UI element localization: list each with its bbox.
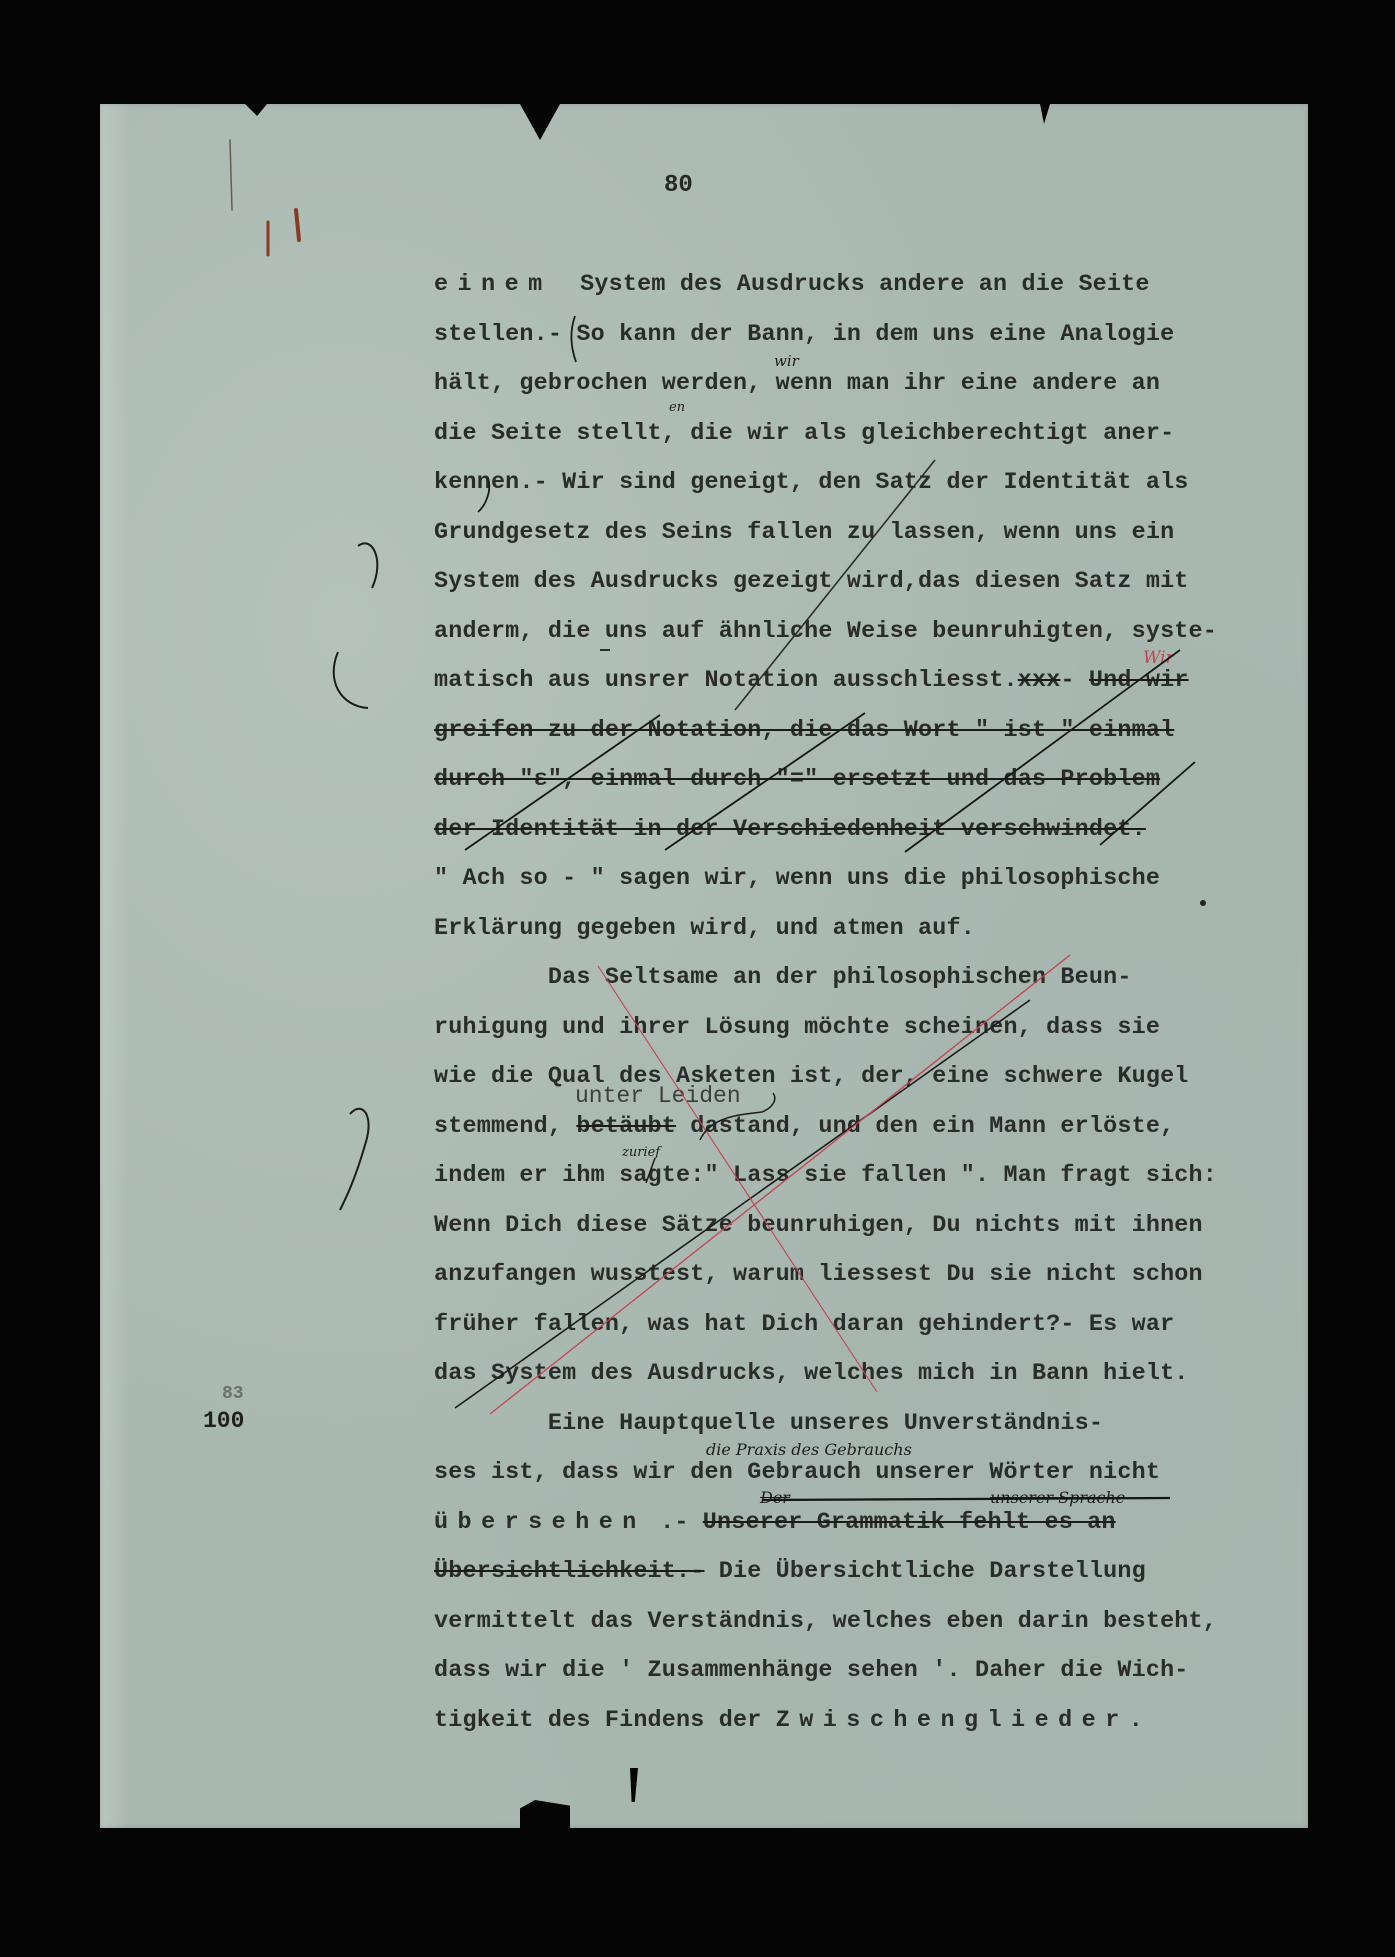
text-segment: das System des Ausdrucks, welches mich i…: [434, 1361, 1189, 1387]
text-line: stemmend, betäubt dastand, und den ein M…: [434, 1112, 1174, 1142]
text-line: das System des Ausdrucks, welches mich i…: [434, 1359, 1189, 1389]
struck-text: Unserer Grammatik fehlt es an: [703, 1510, 1116, 1536]
handwritten-insert-wir: wir: [774, 352, 799, 370]
text-segment: tigkeit des Findens der: [434, 1708, 776, 1734]
text-segment: übersehen: [434, 1510, 646, 1536]
text-segment: anderm, die uns auf ähnliche Weise beunr…: [434, 619, 1217, 645]
text-line: greifen zu der Notation, die das Wort " …: [434, 716, 1174, 746]
text-segment: ses ist, dass wir den Gebrauch unserer W…: [434, 1460, 1160, 1486]
text-segment: " Ach so - " sagen wir, wenn uns die phi…: [434, 866, 1160, 892]
text-segment: kennen.- Wir sind geneigt, den Satz der …: [434, 470, 1189, 496]
text-line: kennen.- Wir sind geneigt, den Satz der …: [434, 468, 1189, 498]
text-line: Wenn Dich diese Sätze beunruhigen, Du ni…: [434, 1211, 1203, 1241]
text-line: vermittelt das Verständnis, welches eben…: [434, 1607, 1217, 1637]
text-segment: Erklärung gegeben wird, und atmen auf.: [434, 916, 975, 942]
text-segment: Eine Hauptquelle unseres Unverständnis-: [434, 1411, 1103, 1437]
text-line: matisch aus unsrer Notation ausschliesst…: [434, 666, 1189, 696]
text-segment: dastand, und den ein Mann erlöste,: [676, 1114, 1174, 1140]
handwritten-insert-sprache: unserer Sprache: [990, 1488, 1125, 1507]
text-line: tigkeit des Findens der Zwischenglieder.: [434, 1706, 1143, 1736]
text-line: Eine Hauptquelle unseres Unverständnis-: [434, 1409, 1103, 1439]
text-segment: indem er ihm sagte:" Lass sie fallen ". …: [434, 1163, 1217, 1189]
text-line: Das Seltsame an der philosophischen Beun…: [434, 963, 1132, 993]
text-line: indem er ihm sagte:" Lass sie fallen ". …: [434, 1161, 1217, 1191]
text-line: die Seite stellt, die wir als gleichbere…: [434, 419, 1174, 449]
text-line: stellen.- So kann der Bann, in dem uns e…: [434, 320, 1174, 350]
struck-text: xxx: [1018, 668, 1061, 694]
struck-text: greifen zu der Notation, die das Wort " …: [434, 718, 1174, 744]
text-segment: wie die Qual des Asketen ist, der, eine …: [434, 1064, 1189, 1090]
text-line: " Ach so - " sagen wir, wenn uns die phi…: [434, 864, 1160, 894]
text-line: durch "ε", einmal durch "=" ersetzt und …: [434, 765, 1160, 795]
text-segment: ruhigung und ihrer Lösung möchte scheine…: [434, 1015, 1160, 1041]
text-segment: System des Ausdrucks gezeigt wird,das di…: [434, 569, 1189, 595]
struck-text: Übersichtlichkeit.-: [434, 1559, 705, 1585]
page-number: 80: [664, 172, 693, 199]
text-line: anzufangen wusstest, warum liessest Du s…: [434, 1260, 1203, 1290]
text-segment: früher fallen, was hat Dich daran gehind…: [434, 1312, 1174, 1338]
text-line: wie die Qual des Asketen ist, der, eine …: [434, 1062, 1189, 1092]
text-segment: .: [1129, 1708, 1143, 1734]
handwritten-insert-en: en: [669, 400, 685, 415]
text-segment: vermittelt das Verständnis, welches eben…: [434, 1609, 1217, 1635]
text-line: einem System des Ausdrucks andere an die…: [434, 270, 1150, 300]
text-segment: die Seite stellt, die wir als gleichbere…: [434, 421, 1174, 447]
text-segment: Das Seltsame an der philosophischen Beun…: [434, 965, 1132, 991]
text-line: Erklärung gegeben wird, und atmen auf.: [434, 914, 975, 944]
text-line: früher fallen, was hat Dich daran gehind…: [434, 1310, 1174, 1340]
text-line: dass wir die ' Zusammenhänge sehen '. Da…: [434, 1656, 1189, 1686]
text-line: anderm, die uns auf ähnliche Weise beunr…: [434, 617, 1217, 647]
text-segment: Wenn Dich diese Sätze beunruhigen, Du ni…: [434, 1213, 1203, 1239]
handwritten-insert-der: Der: [760, 1488, 790, 1507]
text-segment: stellen.- So kann der Bann, in dem uns e…: [434, 322, 1174, 348]
struck-text: durch "ε", einmal durch "=" ersetzt und …: [434, 767, 1160, 793]
text-segment: matisch aus unsrer Notation ausschliesst…: [434, 668, 1018, 694]
text-line: ruhigung und ihrer Lösung möchte scheine…: [434, 1013, 1160, 1043]
handwritten-insert-zurief: zurief: [622, 1145, 660, 1160]
text-segment: -: [1060, 668, 1088, 694]
struck-text: der Identität in der Verschiedenheit ver…: [434, 817, 1146, 843]
typed-insert-unter-leiden: unter Leiden: [575, 1083, 741, 1109]
red-handwritten-insert-wir: Wir: [1143, 648, 1174, 668]
text-segment: einem: [434, 272, 552, 298]
struck-text: betäubt: [576, 1114, 676, 1140]
text-line: ses ist, dass wir den Gebrauch unserer W…: [434, 1458, 1160, 1488]
text-segment: stemmend,: [434, 1114, 576, 1140]
text-segment: System des Ausdrucks andere an die Seite: [552, 272, 1150, 298]
text-segment: Grundgesetz des Seins fallen zu lassen, …: [434, 520, 1174, 546]
handwritten-insert-praxis: die Praxis des Gebrauchs: [706, 1440, 912, 1459]
text-segment: Zwischenglieder: [776, 1708, 1129, 1734]
struck-text: Und wir: [1089, 668, 1189, 694]
margin-number: 100: [203, 1408, 244, 1434]
text-segment: anzufangen wusstest, warum liessest Du s…: [434, 1262, 1203, 1288]
text-line: übersehen .- Unserer Grammatik fehlt es …: [434, 1508, 1116, 1538]
text-segment: dass wir die ' Zusammenhänge sehen '. Da…: [434, 1658, 1189, 1684]
text-segment: .-: [646, 1510, 703, 1536]
text-segment: hält, gebrochen werden, wenn man ihr ein…: [434, 371, 1160, 397]
text-segment: Die Übersichtliche Darstellung: [705, 1559, 1146, 1585]
text-line: Grundgesetz des Seins fallen zu lassen, …: [434, 518, 1174, 548]
text-line: hält, gebrochen werden, wenn man ihr ein…: [434, 369, 1160, 399]
margin-faded-mark: 83: [222, 1384, 244, 1404]
text-line: der Identität in der Verschiedenheit ver…: [434, 815, 1146, 845]
text-line: Übersichtlichkeit.- Die Übersichtliche D…: [434, 1557, 1146, 1587]
text-line: System des Ausdrucks gezeigt wird,das di…: [434, 567, 1189, 597]
